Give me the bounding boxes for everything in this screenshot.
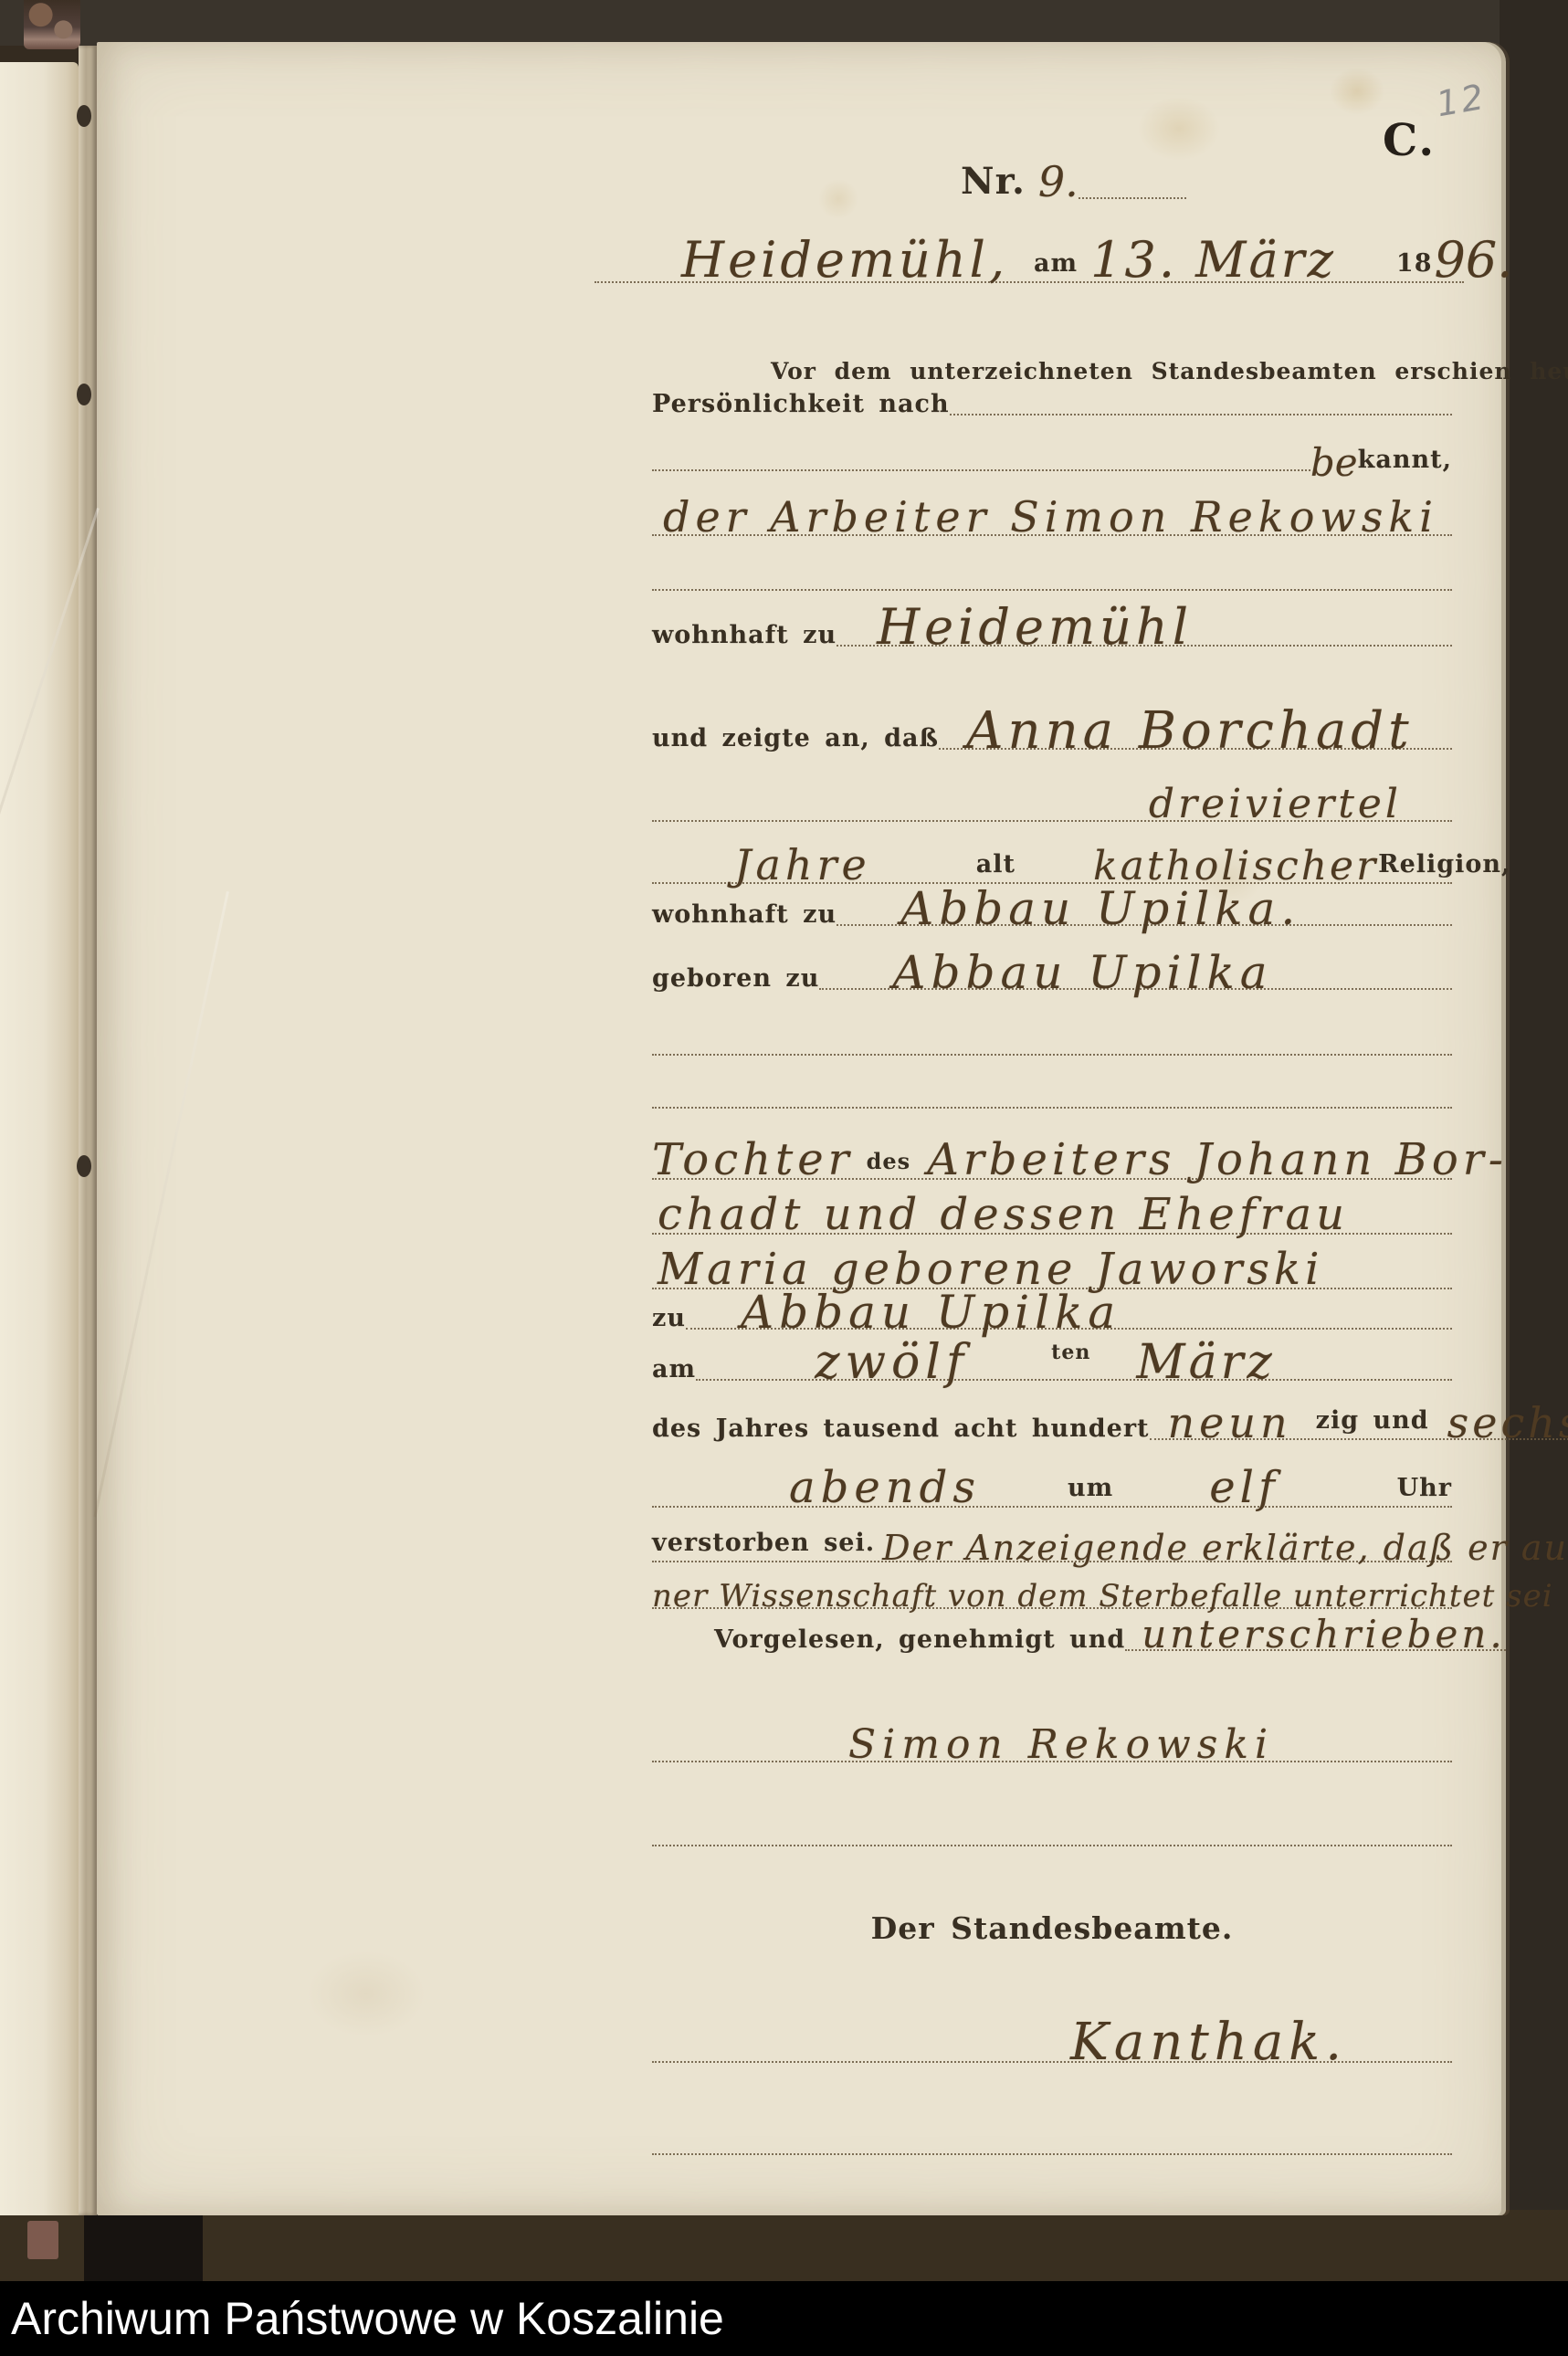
known-line: be kannt, — [652, 434, 1452, 478]
record-number-line: Nr. 9. — [961, 157, 1186, 203]
parentage-line-1b: Arbeiters Johann Bor- — [927, 1134, 1508, 1185]
dateline-am-label: am — [1034, 249, 1078, 281]
notice-value: Anna Borchadt — [966, 701, 1414, 761]
ruled-line — [652, 545, 1452, 591]
declarant-name: der Arbeiter Simon Rekowski — [663, 492, 1438, 542]
page-stain — [818, 179, 858, 219]
binding-hole — [77, 384, 91, 405]
death-year-ones: sechs — [1447, 1398, 1568, 1447]
registrar-signature: Kanthak. — [1070, 2013, 1347, 2072]
parentage-place-line: zu Abbau Upilka — [652, 1292, 1452, 1336]
death-month-value: März — [1136, 1335, 1276, 1390]
residence-value: Heidemühl — [877, 598, 1193, 656]
age-fraction-line: dreiviertel — [652, 776, 1452, 822]
ruled-line: neun zig und sechs — [1150, 1438, 1568, 1440]
death-statement-line-2: ner Wissenschaft von dem Sterbefalle unt… — [652, 1563, 1452, 1609]
parentage-line-3: Maria geborene Jaworski — [652, 1244, 1452, 1289]
dateline-place: Heidemühl, — [681, 231, 1008, 289]
dateline-year-hand: 96. — [1435, 231, 1513, 289]
registrar-signature-line: Kanthak. — [652, 2017, 1452, 2063]
declarant-signature: Simon Rekowski — [848, 1721, 1274, 1768]
ruled-line — [652, 469, 1310, 471]
residence-line: wohnhaft zu Heidemühl — [652, 609, 1452, 653]
death-day-value: zwölf — [815, 1335, 969, 1390]
record-number-label: Nr. — [961, 160, 1026, 203]
notice-line: und zeigte an, daß Anna Borchadt — [652, 712, 1452, 756]
page-stain — [1330, 68, 1384, 115]
birthplace-value: Abbau Upilka — [892, 946, 1272, 999]
book-background-top — [0, 0, 1568, 46]
attestation-label: Vorgelesen, genehmigt und — [714, 1625, 1125, 1657]
ruled-line — [652, 1063, 1452, 1109]
binding-hole — [77, 1155, 91, 1177]
ruled-line: Abbau Upilka — [686, 1328, 1452, 1330]
ruled-line — [652, 1801, 1452, 1846]
death-year-line: des Jahres tausend acht hundert neun zig… — [652, 1403, 1452, 1446]
age-alt-label: alt — [976, 850, 1016, 882]
deceased-residence-line: wohnhaft zu Abbau Upilka. — [652, 889, 1452, 932]
identity-rule — [950, 414, 1452, 415]
page-stain — [1138, 97, 1220, 161]
binding-hole — [77, 105, 91, 127]
ruled-line: Abbau Upilka. — [837, 924, 1452, 926]
attestation-line: Vorgelesen, genehmigt und unterschrieben… — [652, 1614, 1452, 1657]
parentage-line-2: chadt und dessen Ehefrau — [652, 1189, 1452, 1235]
book-spine — [84, 2210, 203, 2287]
death-statement-label: verstorben sei. — [652, 1529, 875, 1561]
ruled-line: unterschrieben. — [1125, 1649, 1506, 1651]
death-day-line: am zwölf ten März — [652, 1343, 1452, 1387]
cover-marble-fragment — [27, 2221, 58, 2259]
previous-page-edge — [0, 62, 79, 2215]
pencil-page-number: 12 — [1434, 77, 1489, 125]
notice-label: und zeigte an, daß — [652, 724, 939, 756]
document-page: 12 C. Nr. 9. Heidemühl, am 13. März 18 9… — [97, 42, 1501, 2215]
deceased-residence-label: wohnhaft zu — [652, 900, 837, 932]
deceased-residence-value: Abbau Upilka. — [900, 882, 1300, 935]
archive-bar: Archiwum Państwowe w Koszalinie — [0, 2281, 1568, 2356]
book-background-bottom — [0, 2210, 1568, 2287]
ruled-line: Heidemühl — [837, 645, 1452, 647]
birthplace-label: geboren zu — [652, 964, 819, 996]
archive-bar-label: Archiwum Państwowe w Koszalinie — [11, 2292, 724, 2345]
binding-seam — [79, 46, 97, 2215]
ruled-line: zwölf ten März — [696, 1379, 1452, 1381]
parentage-zu-label: zu — [652, 1304, 686, 1336]
death-time-hour: elf — [1209, 1462, 1279, 1513]
dateline-date: 13. März — [1090, 231, 1336, 289]
birthplace-line: geboren zu Abbau Upilka — [652, 952, 1452, 996]
known-printed: kannt, — [1358, 446, 1452, 478]
ruled-line: Anna Borchadt — [939, 748, 1452, 750]
parentage-des-label: des — [867, 1148, 911, 1178]
record-number-value: 9. — [1038, 157, 1079, 206]
death-time-um-label: um — [1068, 1474, 1113, 1506]
declarant-signature-line: Simon Rekowski — [652, 1717, 1452, 1762]
page-stain — [307, 1951, 426, 2037]
age-fraction: dreiviertel — [1149, 781, 1402, 827]
ruled-line — [652, 2109, 1452, 2155]
death-year-tens: neun — [1168, 1398, 1292, 1447]
age-religion-line: Jahre alt katholischer Religion, — [652, 838, 1452, 884]
death-time-daypart: abends — [789, 1462, 981, 1513]
parentage-line-1a: Tochter — [652, 1134, 854, 1185]
religion-label: Religion, — [1378, 850, 1510, 882]
attestation-hand: unterschrieben. — [1142, 1612, 1506, 1657]
death-year-label: des Jahres tausend acht hundert — [652, 1415, 1150, 1446]
ruled-line — [652, 1010, 1452, 1056]
death-statement-hand-2: ner Wissenschaft von dem Sterbefalle unt… — [652, 1578, 1553, 1614]
identity-label: Persönlichkeit nach — [652, 390, 950, 422]
death-year-zig-label: zig und — [1316, 1406, 1429, 1438]
death-time-line: abends um elf Uhr — [652, 1462, 1452, 1508]
parentage-line-2-text: chadt und dessen Ehefrau — [658, 1189, 1349, 1240]
death-time-uhr-label: Uhr — [1397, 1474, 1452, 1506]
death-day-ten-label: ten — [1051, 1341, 1090, 1364]
residence-label: wohnhaft zu — [652, 621, 837, 653]
identity-line: Persönlichkeit nach — [652, 378, 1452, 422]
page-crease — [93, 891, 228, 1517]
archive-scan: 12 C. Nr. 9. Heidemühl, am 13. März 18 9… — [0, 0, 1568, 2356]
cover-marble-fragment — [24, 0, 80, 49]
registrar-title: Der Standesbeamte. — [652, 1910, 1452, 1946]
parentage-line-1: Tochter des Arbeiters Johann Bor- — [652, 1134, 1452, 1180]
record-number-rule — [1079, 197, 1186, 199]
ruled-line: Abbau Upilka — [819, 988, 1452, 990]
book-background-right — [1500, 0, 1568, 2356]
declarant-line: der Arbeiter Simon Rekowski — [652, 490, 1452, 536]
age-unit: Jahre — [734, 840, 871, 889]
dateline-year-printed: 18 — [1396, 249, 1433, 281]
known-hand: be — [1310, 440, 1358, 485]
dateline: Heidemühl, am 13. März 18 96. — [595, 223, 1464, 283]
parentage-place: Abbau Upilka — [741, 1286, 1121, 1339]
death-day-am-label: am — [652, 1355, 696, 1387]
section-letter: C. — [1383, 115, 1436, 166]
death-statement-hand-1: Der Anzeigende erklärte, daß er aus eige… — [882, 1528, 1568, 1568]
death-statement-line-1: verstorben sei. Der Anzeigende erklärte,… — [652, 1517, 1452, 1562]
